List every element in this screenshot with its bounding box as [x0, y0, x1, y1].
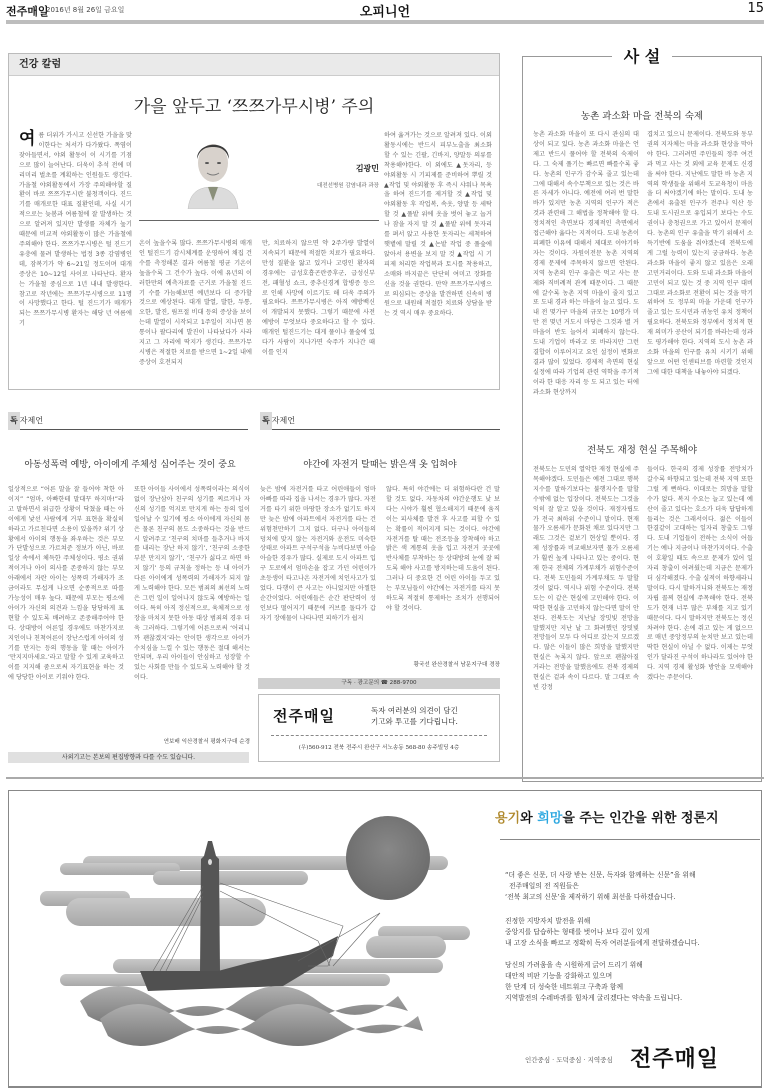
editorial-label: 사 설 — [523, 44, 761, 67]
reader-proposal-1-text-1: 일상적으로 “어른 말을 잘 들어야 착한 아이지” “엄마, 아빠한테 말대꾸… — [8, 485, 124, 730]
ad-slogan: 용기와 희망을 주는 인간을 위한 정론지 — [495, 807, 719, 826]
section-title: 오피니언 — [6, 1, 764, 20]
editorial-headline-2: 전북도 재정 현실 주목해야 — [523, 442, 761, 456]
pen-ship-illustration-icon — [8, 791, 480, 1087]
health-column-text-2: 온이 높을수록 많다. 쯔쯔가무시병의 매개인 털진드기 감시체계를 운영하여 … — [139, 239, 252, 379]
subscription-bar: 구독 · 광고문의 ☎ 288-9700 — [258, 678, 500, 689]
reader-proposal-2-byline: 황국선 완산경찰서 남문지구대 경장 — [386, 660, 500, 668]
ad-rule — [500, 839, 760, 840]
contribution-address: (우)560-912 전북 전주시 완산구 서노송동 568-80 송주빌딩 4… — [259, 743, 499, 751]
ad-paragraph-2: 진정한 지방자치 발전을 위해 중앙지를 답습하는 형태를 벗어나 보다 깊이 … — [505, 916, 700, 949]
reader-proposal-label-1: 독자제언 — [8, 412, 248, 430]
author-rule — [139, 220, 379, 221]
contribution-logo: 전주매일 — [273, 705, 335, 726]
health-column-label: 건강 칼럼 — [9, 54, 499, 76]
telephone-icon: ☎ — [381, 680, 390, 686]
reader-proposal-title-1: 아동성폭력 예방, 아이에게 주체성 심어주는 것이 중요 — [8, 457, 252, 470]
author-name: 김광민 — [356, 163, 379, 174]
bottom-divider — [6, 777, 764, 779]
reader-proposal-1-byline: 연보배 익산경찰서 평화지구대 순경 — [134, 737, 250, 745]
health-column-text-1: 여름 더위가 가시고 신선한 가을을 맞이한다는 처서가 다가왔다. 폭염이 잦… — [19, 131, 132, 381]
health-column-title: 가을 앞두고 ‘쯔쯔가무시병’ 주의 — [9, 92, 499, 117]
author-portrait-icon — [184, 131, 242, 209]
health-column: 건강 칼럼 가을 앞두고 ‘쯔쯔가무시병’ 주의 여름 더위가 가시고 신선한 … — [8, 53, 500, 390]
author-role: 대전선병원 감염내과 과장 — [317, 181, 379, 189]
ad-footer-tagline: 인간중심 · 도덕중심 · 지역중심 — [525, 1055, 613, 1064]
masthead-rule — [6, 20, 764, 24]
health-column-text-4: 하여 옮겨가는 것으로 알려져 있다. 이외 활동시에는 반드시 피부노출을 최… — [384, 131, 492, 381]
ad-footer-logo: 전주매일 — [630, 1042, 719, 1073]
editorial-section: 사 설 농촌 과소화 마을 전북의 숙제 농촌 과소화 마을이 또 다시 관심의… — [522, 56, 762, 782]
subscription-phone: 288-9700 — [390, 680, 417, 686]
reader-proposal-2-text-1: 늦은 밤에 자전거를 타고 어린애들이 엄마 아빠를 따라 집을 나서는 경우가… — [260, 485, 376, 670]
contribution-divider — [271, 735, 487, 736]
editorial-2-text-1: 전북도는 도민의 열악한 재정 현실에 주목해야겠다. 도민들은 예전 그대로 … — [533, 465, 639, 765]
page-number: 15 — [747, 1, 764, 16]
reader-proposal-label-2: 독자제언 — [260, 412, 500, 430]
editorial-2-text-2: 들이다. 한국의 경제 성장률 전망치가 갈수록 하향되고 있는데 전북 지역 … — [647, 465, 753, 765]
masthead: 전주매일 2016년 8월 26일 금요일 오피니언 15 — [6, 0, 764, 22]
dropcap: 여 — [19, 131, 35, 148]
reader-proposal-2-text-2: 않다. 특히 야간에는 더 위험하다란 건 말할 것도 없다. 자동차의 야간운… — [386, 485, 500, 655]
ad-paragraph-3: 당신의 가려움을 속 시원하게 긁어 드리기 위해 대안적 비판 기능을 강화하… — [505, 960, 682, 1004]
ad-paragraph-1: “더 좋은 신문, 더 사랑 받는 신문, 독자와 함께하는 신문”을 위해 전… — [505, 870, 696, 903]
reader-proposal-1-text-2: 또한 아이들 사이에서 성폭력이라는 의식이 없이 장난삼아 친구의 성기를 찌… — [134, 485, 250, 730]
reader-proposal-title-2: 야간에 자전거 탈때는 밝은색 옷 입혀야 — [258, 457, 502, 470]
author-block: 김광민 대전선병원 감염내과 과장 — [139, 131, 379, 226]
editorial-1-text-1: 농촌 과소화 마을이 또 다시 관심의 대상이 되고 있다. 농촌 과소화 마을… — [533, 130, 639, 420]
disclaimer-bar: 사외기고는 본보의 편집방향과 다를 수도 있습니다. — [8, 752, 249, 763]
contribution-box: 전주매일 독자 여러분의 의견이 담긴 기고와 투고를 기다립니다. (우)56… — [258, 694, 500, 762]
editorial-1-text-2: 겹치고 있으니 문제이다. 전북도와 동부권의 지자체는 마을 과소화 현상을 … — [647, 130, 753, 420]
health-column-text-3: 만, 치료하지 않으면 약 2주가량 발열이 지속되기 때문에 적절한 치료가 … — [262, 239, 375, 379]
editorial-headline-1: 농촌 과소화 마을 전북의 숙제 — [523, 108, 761, 122]
contribution-message: 독자 여러분의 의견이 담긴 기고와 투고를 기다립니다. — [371, 705, 458, 727]
